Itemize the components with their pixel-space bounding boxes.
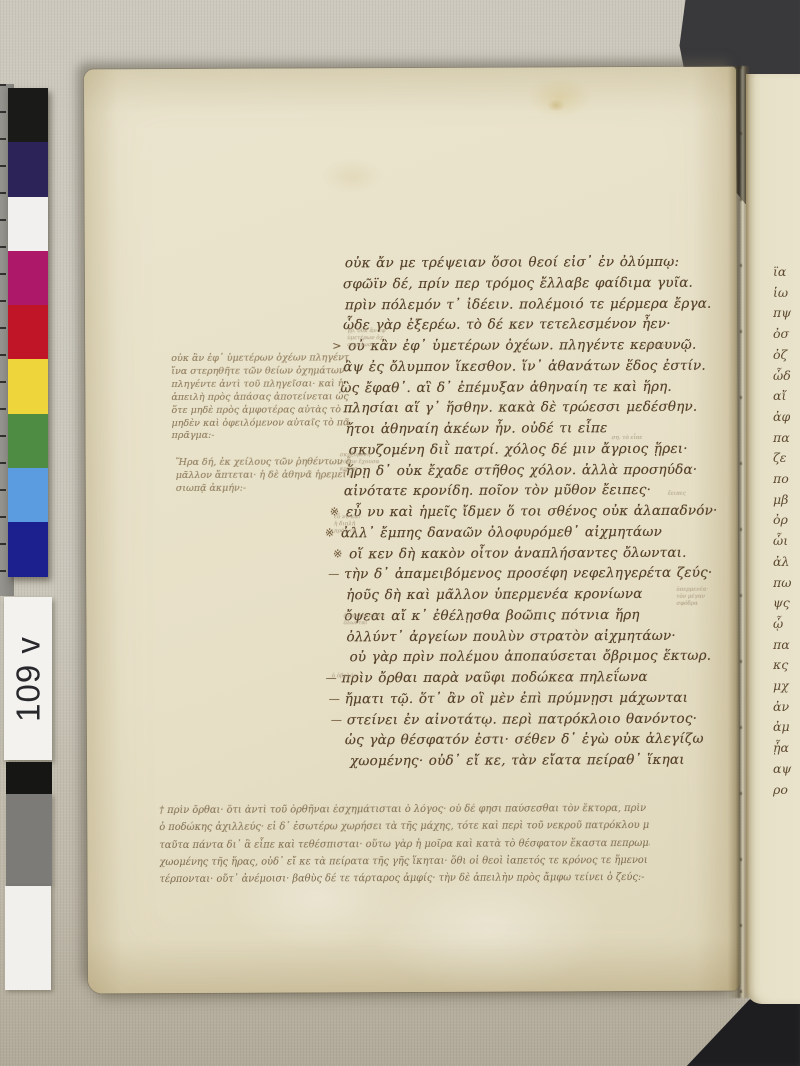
recto-line-fragment: ὀζ (773, 345, 800, 366)
verse-line: ※ εὖ νυ καὶ ἡμεῖς ἴδμεν ὅ τοι σθένος οὐκ… (346, 501, 726, 523)
scholion-line: μᾶλλον ἅπτεται· ἡ δὲ ἀθηνᾶ ἠρεμεῖ καὶ (176, 468, 351, 482)
verse-line: πρὶν πόλεμόν τ᾽ ἰδέειν. πολέμοιό τε μέρμ… (345, 293, 725, 315)
verse-text: ἂψ ἐς ὄλυμπον ἵκεσθον. ἵν᾽ ἀθανάτων ἕδος… (343, 357, 706, 375)
color-swatch (8, 251, 48, 305)
scholion-line: ἀπειλὴ πρὸς ἁπάσας ἀποτείνεται ὡς (171, 391, 349, 405)
recto-line-fragment: αἴ (773, 386, 800, 407)
verse-text: αἰνότατε κρονίδη. ποῖον τὸν μῦθον ἔειπες… (344, 482, 651, 499)
scholion-line: πρᾶγμα:- (172, 430, 350, 444)
scholion-line: τέρπονται· οὔτ᾽ ἀνέμοισι· βαθὺς δέ τε τά… (159, 869, 649, 888)
recto-line-fragment: πω (773, 573, 800, 594)
verse-line: ἠοῦς δὴ καὶ μᾶλλον ὑπερμενέα κρονίωνα (346, 584, 726, 606)
verse-text: ὀλλύντ᾽ ἀργείων πουλὺν στρατὸν αἰχμητάων… (346, 627, 675, 644)
verse-line: — ἤματι τῷ. ὅτ᾽ ἂν οἳ μὲν ἐπὶ πρύμνῃσι μ… (345, 687, 725, 709)
recto-line-fragment: μβ (773, 490, 800, 511)
color-swatch (8, 305, 48, 359)
verse-line: ἥρῃ δ᾽ οὐκ ἔχαδε στῆθος χόλον. ἀλλὰ προσ… (346, 459, 726, 481)
margin-gloss-8: ὑπερμενέα· τὸν μέγαν σφόδρα (676, 587, 708, 608)
recto-line-fragment: ὀρ (773, 510, 800, 531)
scholion-line: μηδὲν καὶ ὀφειλόμενον αὐταῖς τὸ πᾶν (172, 417, 350, 431)
recto-line-fragment: αψ (773, 759, 800, 780)
critical-mark: — (328, 565, 339, 586)
verse-text: ἀλλ᾽ ἔμπης δαναῶν ὀλοφυρόμεθ᾽ αἰχμητάων (341, 524, 662, 541)
recto-line-fragment: μχ (773, 676, 800, 697)
color-swatch (8, 197, 48, 251)
verse-text: ἤτοι ἀθηναίη ἀκέων ἦν. οὐδέ τι εἶπε (346, 420, 608, 437)
verse-line: > οὐ κἂν ἐφ᾽ ὑμετέρων ὀχέων. πληγέντε κε… (348, 335, 728, 357)
color-swatch (8, 88, 48, 142)
margin-gloss-3: εὖ νυ καὶ· ἡ διπλῆ πρὸς τὸ (334, 514, 362, 535)
verse-text: ὣς ἔφαθ᾽. αἳ δ᾽ ἐπέμυξαν ἀθηναίη τε καὶ … (340, 378, 672, 395)
recto-line-fragment: ϊα (773, 262, 800, 283)
color-swatch (8, 522, 48, 576)
verse-text: στείνει ἐν αἰνοτάτῳ. περὶ πατρόκλοιο θαν… (347, 710, 697, 728)
facing-page-recto: ϊα ἱω πψ ὀσ ὀζ ὧδ αἴ ἀφ πα ζε πο μβ (746, 74, 800, 1004)
verse-text: πρὶν πόλεμόν τ᾽ ἰδέειν. πολέμοιό τε μέρμ… (345, 295, 712, 313)
verse-text: τὴν δ᾽ ἀπαμειβόμενος προσέφη νεφεληγερέτ… (344, 565, 712, 583)
margin-gloss-2: σκυζομένη· χόλον ἔχουσα κρύφα (340, 452, 380, 473)
color-swatch (8, 142, 48, 196)
verse-line: σκυζομένη διῒ πατρί. χόλος δέ μιν ἄγριος… (349, 438, 729, 460)
verse-text: ὧδε γὰρ ἐξερέω. τὸ δέ κεν τετελεσμένον ἦ… (343, 316, 671, 333)
label-gray-block (6, 794, 52, 886)
recto-line-fragment: ὀσ (773, 324, 800, 345)
scholion-line: Ἥρα δή, ἐκ χείλους τῶν ῥηθέντων ὅλη (176, 455, 351, 469)
recto-line-fragment: ᾧ (773, 614, 800, 635)
bottom-scholia: † πρὶν ὄρθαι· ὅτι ἀντὶ τοῦ ὀρθῆναι ἐσχημ… (159, 800, 649, 889)
recto-line-fragment: ἀλ (773, 552, 800, 573)
recto-line-fragment: ἀν (773, 697, 800, 718)
recto-line-fragment: κς (773, 655, 800, 676)
scholion-line: σιωπᾷ ἀκμήν:- (176, 481, 351, 495)
recto-line-fragment: ζε (773, 448, 800, 469)
verse-line: ※ ἀλλ᾽ ἔμπης δαναῶν ὀλοφυρόμεθ᾽ αἰχμητάω… (341, 521, 721, 543)
recto-line-fragment: πα (773, 428, 800, 449)
verse-text: ἥρῃ δ᾽ οὐκ ἔχαδε στῆθος χόλον. ἀλλὰ προσ… (346, 461, 698, 479)
scholion-line: ἵνα στερηθῆτε τῶν θείων ὀχημάτων (171, 365, 349, 379)
recto-line-fragment: ψς (773, 593, 800, 614)
calibration-swatches (8, 88, 48, 577)
recto-line-fragment: ἀφ (773, 407, 800, 428)
book-gutter (728, 66, 750, 998)
verse-line: πλησίαι αἵ γ᾽ ἥσθην. κακὰ δὲ τρώεσσι μεδ… (343, 397, 723, 419)
critical-mark: — (329, 689, 340, 710)
verse-text: πλησίαι αἵ γ᾽ ἥσθην. κακὰ δὲ τρώεσσι μεδ… (343, 399, 697, 417)
margin-gloss-5: ὁ ὀβελός· (332, 673, 359, 680)
verse-line: οὐ γὰρ πρὶν πολέμου ἀποπαύσεται ὄβριμος … (350, 646, 730, 668)
label-black-block (6, 762, 52, 794)
margin-gloss-9: ἔειπες (668, 491, 686, 498)
margin-gloss-6: ὡραῖον (645, 343, 666, 350)
recto-line-fragment: πο (773, 469, 800, 490)
recto-line-fragment: πα (773, 635, 800, 656)
verse-line: ἤτοι ἀθηναίη ἀκέων ἦν. οὐδέ τι εἶπε (346, 418, 726, 440)
recto-line-fragment: ἀμ (773, 717, 800, 738)
critical-mark: ※ (333, 544, 343, 565)
verse-line: ὄψεαι αἴ κ᾽ ἐθέλῃσθα βοῶπις πότνια ἥρη (344, 604, 724, 626)
verse-text: ὄψεαι αἴ κ᾽ ἐθέλῃσθα βοῶπις πότνια ἥρη (344, 607, 639, 624)
folio-number: 109 v (4, 597, 52, 760)
scholion-line: οὐκ ἂν ἐφ᾽ ὑμετέρων ὀχέων πληγέντε· (171, 352, 349, 366)
recto-line-fragment: ὧι (773, 531, 800, 552)
verse-line: ὀλλύντ᾽ ἀργείων πουλὺν στρατὸν αἰχμητάων… (346, 625, 726, 647)
verse-text: χωομένης· οὐδ᾽ εἴ κε, τὰν εἴατα πείραθ᾽ … (350, 752, 685, 769)
scholion-line: ταῦτα πάντα δι᾽ ἃ εἶπε καὶ τεθέσπισται· … (159, 835, 649, 854)
verse-line: ὣς ἔφαθ᾽. αἳ δ᾽ ἐπέμυξαν ἀθηναίη τε καὶ … (340, 376, 720, 398)
verse-line: σφῶϊν δέ, πρίν περ τρόμος ἔλλαβε φαίδιμα… (343, 272, 723, 294)
verse-text: ἤματι τῷ. ὅτ᾽ ἂν οἳ μὲν ἐπὶ πρύμνῃσι μάχ… (345, 690, 688, 707)
verse-line: — τὴν δ᾽ ἀπαμειβόμενος προσέφη νεφεληγερ… (344, 563, 724, 585)
marginal-scholia-left-1: οὐκ ἂν ἐφ᾽ ὑμετέρων ὀχέων πληγέντε· ἵνα … (171, 352, 349, 443)
scholion-line: χωομένης τῆς ἥρας, οὐδ᾽ εἴ κε τὰ πείρατα… (159, 852, 649, 871)
verse-text: ὡς γὰρ θέσφατόν ἐστι· σέθεν δ᾽ ἐγὼ οὐκ ἀ… (345, 731, 704, 749)
scholion-line: † πρὶν ὄρθαι· ὅτι ἀντὶ τοῦ ὀρθῆναι ἐσχημ… (159, 800, 649, 819)
color-calibration-bar: 109 v (4, 84, 56, 994)
recto-line-fragment: ὧδ (773, 366, 800, 387)
scholion-line: ὅτε μηδὲ πρὸς ἀμφοτέρας αὐτὰς τὸ (171, 404, 349, 418)
verse-line: — στείνει ἐν αἰνοτάτῳ. περὶ πατρόκλοιο θ… (347, 708, 727, 730)
margin-gloss-4: ἀναπλήσαντες ὄλωνται (343, 613, 385, 627)
label-white-block (5, 886, 51, 990)
color-swatch (8, 468, 48, 522)
color-swatch (8, 359, 48, 413)
recto-line-fragment: ᾗα (773, 738, 800, 759)
margin-gloss-7: ση. τὸ εἶπε (612, 435, 643, 442)
verse-text: οὐκ ἄν με τρέψειαν ὅσοι θεοί εἰσ᾽ ἐν ὀλύ… (345, 254, 679, 271)
scholion-line: πληγέντε ἀντὶ τοῦ πληγεῖσαι· καὶ ἡ (171, 378, 349, 392)
manuscript-page-verso: οὐκ ἄν με τρέψειαν ὅσοι θεοί εἰσ᾽ ἐν ὀλύ… (84, 67, 740, 994)
recto-text-edge: ϊα ἱω πψ ὀσ ὀζ ὧδ αἴ ἀφ πα ζε πο μβ (746, 74, 800, 800)
verse-text: σκυζομένη διῒ πατρί. χόλος δέ μιν ἄγριος… (349, 441, 688, 458)
verse-text: εὖ νυ καὶ ἡμεῖς ἴδμεν ὅ τοι σθένος οὐκ ἀ… (346, 503, 718, 521)
verse-line: — πρὶν ὄρθαι παρὰ ναῦφι ποδώκεα πηλεΐωνα (342, 667, 722, 689)
manuscript-photo: ϊα ἱω πψ ὀσ ὀζ ὧδ αἴ ἀφ πα ζε πο μβ (0, 0, 800, 1066)
recto-line-fragment: ρο (773, 780, 800, 801)
folio-label: 109 v (4, 597, 52, 760)
verse-text: οἵ κεν δὴ κακὸν οἶτον ἀναπλήσαντες ὄλωντ… (349, 544, 687, 561)
verse-line: ※ οἵ κεν δὴ κακὸν οἶτον ἀναπλήσαντες ὄλω… (349, 542, 729, 564)
recto-line-fragment: ἱω (773, 283, 800, 304)
verse-line: ὡς γὰρ θέσφατόν ἐστι· σέθεν δ᾽ ἐγὼ οὐκ ἀ… (345, 729, 725, 751)
verse-text: ἠοῦς δὴ καὶ μᾶλλον ὑπερμενέα κρονίωνα (346, 586, 642, 603)
margin-gloss-1: γρ. οὐκ ἂν ἐφ᾽ ὑμετέρων ὀχ. σημείωσαι (347, 328, 388, 349)
verse-line: χωομένης· οὐδ᾽ εἴ κε, τὰν εἴατα πείραθ᾽ … (350, 750, 730, 772)
verse-text: οὐ γὰρ πρὶν πολέμου ἀποπαύσεται ὄβριμος … (350, 648, 712, 666)
verse-line: ἂψ ἐς ὄλυμπον ἵκεσθον. ἵν᾽ ἀθανάτων ἕδος… (343, 355, 723, 377)
recto-line-fragment: πψ (773, 303, 800, 324)
critical-mark: — (331, 710, 342, 731)
verse-text: σφῶϊν δέ, πρίν περ τρόμος ἔλλαβε φαίδιμα… (343, 275, 693, 293)
verse-line: ὧδε γὰρ ἐξερέω. τὸ δέ κεν τετελεσμένον ἦ… (343, 314, 723, 336)
scholion-line: ὁ ποδώκης ἀχιλλεύς· εἰ δ᾽ ἐσωτέρω χωρήσε… (159, 817, 649, 836)
marginal-scholia-left-2: Ἥρα δή, ἐκ χείλους τῶν ῥηθέντων ὅλη μᾶλλ… (176, 455, 351, 495)
color-swatch (8, 414, 48, 468)
verse-text: πρὶν ὄρθαι παρὰ ναῦφι ποδώκεα πηλεΐωνα (342, 669, 648, 686)
main-text-column: οὐκ ἄν με τρέψειαν ὅσοι θεοί εἰσ᾽ ἐν ὀλύ… (343, 252, 725, 772)
verse-line: οὐκ ἄν με τρέψειαν ὅσοι θεοί εἰσ᾽ ἐν ὀλύ… (345, 252, 725, 274)
